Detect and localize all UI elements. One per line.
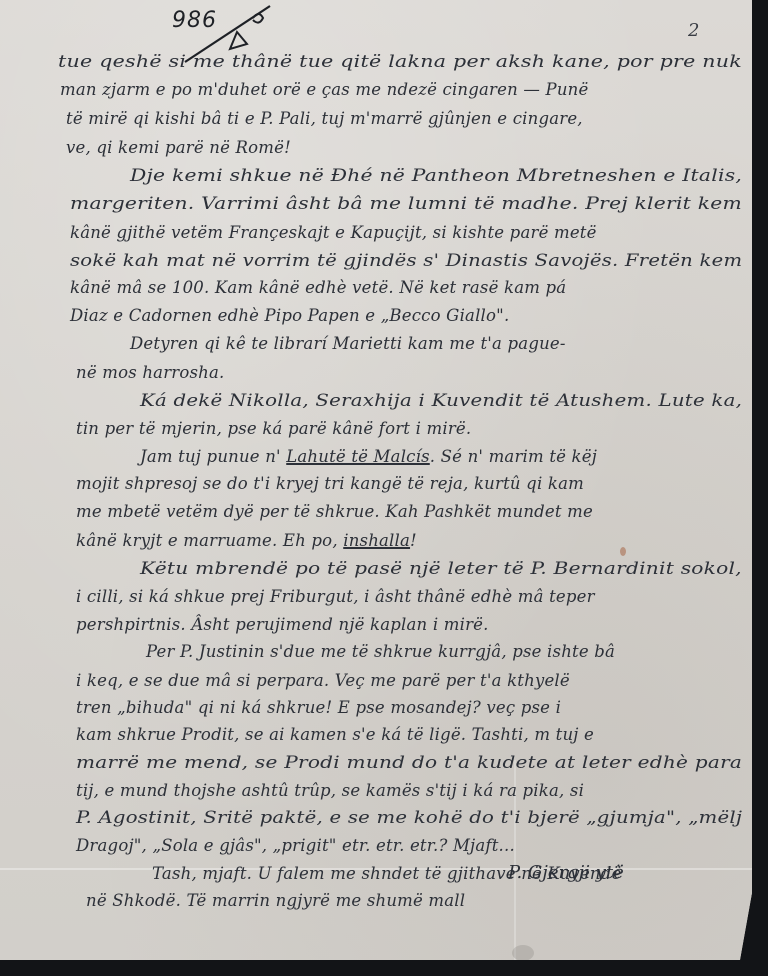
letter-line: Dragoj", „Sola e gjâs", „prigit" etr. et… xyxy=(76,836,515,855)
letter-line: Dje kemi shkue në Ðhé në Pantheon Mbretn… xyxy=(130,166,742,185)
letter-paper: 986 2 tue qeshë si me thânë tue qitë lak… xyxy=(0,0,752,960)
letter-line: margeriten. Varrimi âsht bâ me lumni të … xyxy=(70,194,742,213)
letter-line: man zjarm e po m'duhet orë e ças me ndez… xyxy=(60,80,588,99)
letter-line: tue qeshë si me thânë tue qitë lakna per… xyxy=(58,52,742,71)
letter-line: i cilli, si ká shkue prej Friburgut, i â… xyxy=(76,587,595,606)
letter-line: kam shkrue Prodit, se ai kamen s'e ká të… xyxy=(76,725,594,744)
letter-line: Jam tuj punue n' Lahutë të Malcís. Sé n'… xyxy=(140,447,597,466)
signature: P. Gjergji ytë xyxy=(508,862,624,883)
letter-line: në mos harrosha. xyxy=(76,363,224,382)
underlined-phrase: inshalla xyxy=(343,531,410,550)
letter-line: kânë kryjt e marruame. Eh po, inshalla! xyxy=(76,531,417,550)
letter-line: me mbetë vetëm dyë per të shkrue. Kah Pa… xyxy=(76,502,593,521)
letter-line: të mirë qi kishi bâ ti e P. Pali, tuj m'… xyxy=(66,109,583,128)
letter-line: pershpirtnis. Âsht perujimend një kaplan… xyxy=(76,615,489,634)
letter-line: mojit shpresoj se do t'i kryej tri kangë… xyxy=(76,474,584,493)
letter-line: Detyren qi kê te librarí Marietti kam me… xyxy=(130,334,566,353)
letter-line: sokë kah mat në vorrim të gjindës s' Din… xyxy=(70,251,742,270)
letter-line: Diaz e Cadornen edhè Pipo Papen e „Becco… xyxy=(70,306,509,325)
letter-line: kânë gjithë vetëm Françeskajt e Kapuçijt… xyxy=(70,223,597,242)
paper-smudge xyxy=(512,945,534,961)
letter-line: P. Agostinit, Sritë paktë, e se me kohë … xyxy=(76,808,742,827)
letter-line: Per P. Justinin s'due me të shkrue kurrg… xyxy=(146,642,615,661)
letter-line: tin per të mjerin, pse ká parë kânë fort… xyxy=(76,419,471,438)
letter-line: në Shkodë. Të marrin ngjyrë me shumë mal… xyxy=(86,891,465,910)
letter-line: kânë mâ se 100. Kam kânë edhè vetë. Në k… xyxy=(70,278,566,297)
letter-line: tij, e mund thojshe ashtû trûp, se kamës… xyxy=(76,781,584,800)
letter-line: tren „bihuda" qi ni ká shkrue! E pse mos… xyxy=(76,698,561,717)
letter-line: ve, qi kemi parë në Romë! xyxy=(66,138,291,157)
page-number: 2 xyxy=(688,20,699,41)
letter-line: Ká dekë Nikolla, Seraxhija i Kuvendit të… xyxy=(140,391,742,410)
letter-line: i keq, e se due mâ si perpara. Veç me pa… xyxy=(76,671,570,690)
letter-line: Këtu mbrendë po të pasë një leter të P. … xyxy=(140,559,742,578)
letter-line: marrë me mend, se Prodi mund do t'a kude… xyxy=(76,753,742,772)
underlined-phrase: Lahutë të Malcís xyxy=(286,447,430,466)
ink-stain xyxy=(620,547,626,556)
